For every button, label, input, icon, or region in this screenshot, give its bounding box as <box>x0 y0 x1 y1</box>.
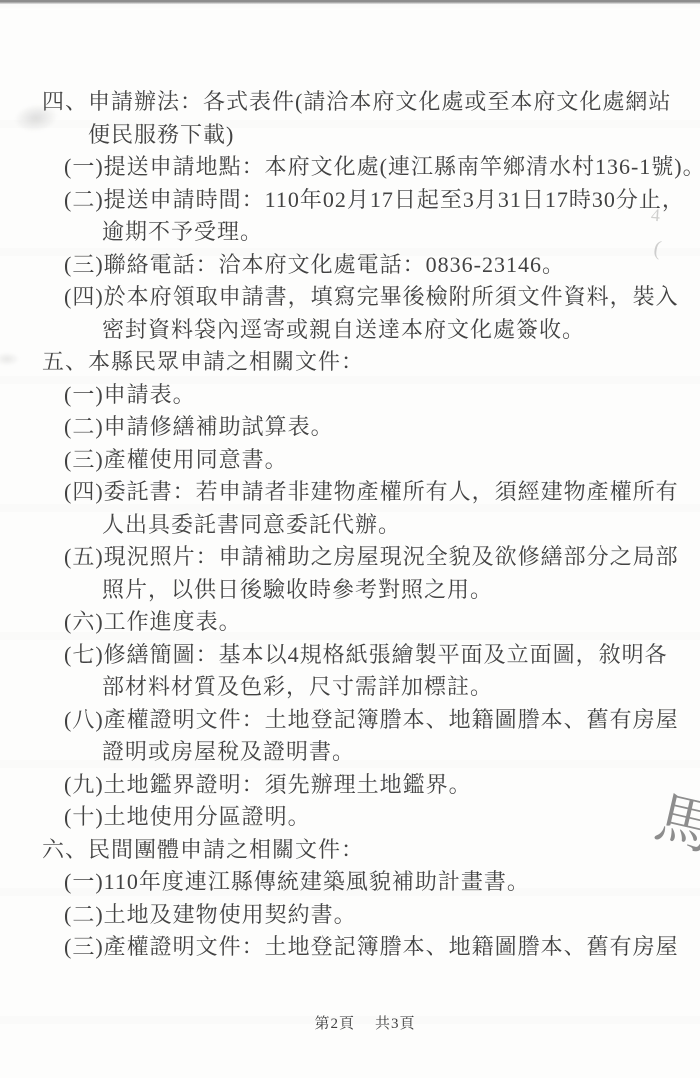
document-line: 人出具委託書同意委託代辦。 <box>0 509 700 542</box>
document-text-block: 四、申請辦法：各式表件(請洽本府文化處或至本府文化處網站 便民服務下載) (一)… <box>0 86 700 964</box>
document-line: 逾期不予受理。 <box>0 216 700 249</box>
line-text: (四)於本府領取申請書，填寫完畢後檢附所須文件資料，裝入 <box>64 284 679 309</box>
line-text: (三)聯絡電話：洽本府文化處電話：0836-23146。 <box>64 252 565 277</box>
document-line: 六、民間團體申請之相關文件： <box>0 834 700 867</box>
line-text: 逾期不予受理。 <box>102 219 263 244</box>
line-text: (一)110年度連江縣傳統建築風貌補助計畫書。 <box>64 869 530 894</box>
document-line: 證明或房屋稅及證明書。 <box>0 736 700 769</box>
document-line: (三)產權證明文件：土地登記簿謄本、地籍圖謄本、舊有房屋 <box>0 931 700 964</box>
line-text: (三)產權使用同意書。 <box>64 447 288 472</box>
document-line: (四)委託書：若申請者非建物產權所有人，須經建物產權所有 <box>0 476 700 509</box>
line-text: (九)土地鑑界證明：須先辦理土地鑑界。 <box>64 772 472 797</box>
document-line: (十)土地使用分區證明。 <box>0 801 700 834</box>
document-line: 部材料材質及色彩，尺寸需詳加標註。 <box>0 671 700 704</box>
page-number-label: 第2頁 <box>314 1016 355 1032</box>
line-text: 五、本縣民眾申請之相關文件： <box>42 349 364 374</box>
document-line: (一)110年度連江縣傳統建築風貌補助計畫書。 <box>0 866 700 899</box>
document-line: 便民服務下載) <box>0 119 700 152</box>
line-text: 便民服務下載) <box>88 122 234 147</box>
line-text: 部材料材質及色彩，尺寸需詳加標註。 <box>102 674 493 699</box>
document-line: (四)於本府領取申請書，填寫完畢後檢附所須文件資料，裝入 <box>0 281 700 314</box>
line-text: (七)修繕簡圖：基本以4規格紙張繪製平面及立面圖，敘明各 <box>64 642 668 667</box>
document-line: 四、申請辦法：各式表件(請洽本府文化處或至本府文化處網站 <box>0 86 700 119</box>
margin-mark-numeral: 4 <box>650 205 660 227</box>
page-total-label: 共3頁 <box>375 1016 416 1032</box>
line-text: 證明或房屋稅及證明書。 <box>102 739 355 764</box>
document-line: (一)提送申請地點：本府文化處(連江縣南竿鄉清水村136-1號)。 <box>0 151 700 184</box>
line-text: 人出具委託書同意委託代辦。 <box>102 512 401 537</box>
line-text: (五)現況照片：申請補助之房屋現況全貌及欲修繕部分之局部 <box>64 544 679 569</box>
line-text: (二)申請修繕補助試算表。 <box>64 414 334 439</box>
line-text: (二)土地及建物使用契約書。 <box>64 902 357 927</box>
line-text: (三)產權證明文件：土地登記簿謄本、地籍圖謄本、舊有房屋 <box>64 934 679 959</box>
line-text: (一)提送申請地點：本府文化處(連江縣南竿鄉清水村136-1號)。 <box>64 154 700 179</box>
document-line: 密封資料袋內逕寄或親自送達本府文化處簽收。 <box>0 314 700 347</box>
line-text: (二)提送申請時間：110年02月17日起至3月31日17時30分止， <box>64 187 685 212</box>
line-text: 四、申請辦法：各式表件(請洽本府文化處或至本府文化處網站 <box>42 89 671 114</box>
line-text: (十)土地使用分區證明。 <box>64 804 311 829</box>
document-line: (七)修繕簡圖：基本以4規格紙張繪製平面及立面圖，敘明各 <box>0 639 700 672</box>
document-line: (三)聯絡電話：洽本府文化處電話：0836-23146。 <box>0 249 700 282</box>
document-line: (二)提送申請時間：110年02月17日起至3月31日17時30分止， <box>0 184 700 217</box>
line-text: (四)委託書：若申請者非建物產權所有人，須經建物產權所有 <box>64 479 679 504</box>
document-line: (八)產權證明文件：土地登記簿謄本、地籍圖謄本、舊有房屋 <box>0 704 700 737</box>
line-text: (八)產權證明文件：土地登記簿謄本、地籍圖謄本、舊有房屋 <box>64 707 679 732</box>
document-line: (九)土地鑑界證明：須先辦理土地鑑界。 <box>0 769 700 802</box>
document-line: (二)申請修繕補助試算表。 <box>0 411 700 444</box>
document-line: (一)申請表。 <box>0 379 700 412</box>
document-line: (六)工作進度表。 <box>0 606 700 639</box>
line-text: 六、民間團體申請之相關文件： <box>42 837 364 862</box>
scan-top-edge <box>0 0 700 4</box>
document-line: 照片，以供日後驗收時參考對照之用。 <box>0 574 700 607</box>
document-line: (五)現況照片：申請補助之房屋現況全貌及欲修繕部分之局部 <box>0 541 700 574</box>
line-text: (一)申請表。 <box>64 382 196 407</box>
document-line: (二)土地及建物使用契約書。 <box>0 899 700 932</box>
line-text: 密封資料袋內逕寄或親自送達本府文化處簽收。 <box>102 317 585 342</box>
line-text: (六)工作進度表。 <box>64 609 242 634</box>
document-line: (三)產權使用同意書。 <box>0 444 700 477</box>
scanned-document-page: 四、申請辦法：各式表件(請洽本府文化處或至本府文化處網站 便民服務下載) (一)… <box>0 0 700 1078</box>
line-text: 照片，以供日後驗收時參考對照之用。 <box>102 577 493 602</box>
document-line: 五、本縣民眾申請之相關文件： <box>0 346 700 379</box>
page-footer: 第2頁共3頁 <box>15 1012 700 1033</box>
